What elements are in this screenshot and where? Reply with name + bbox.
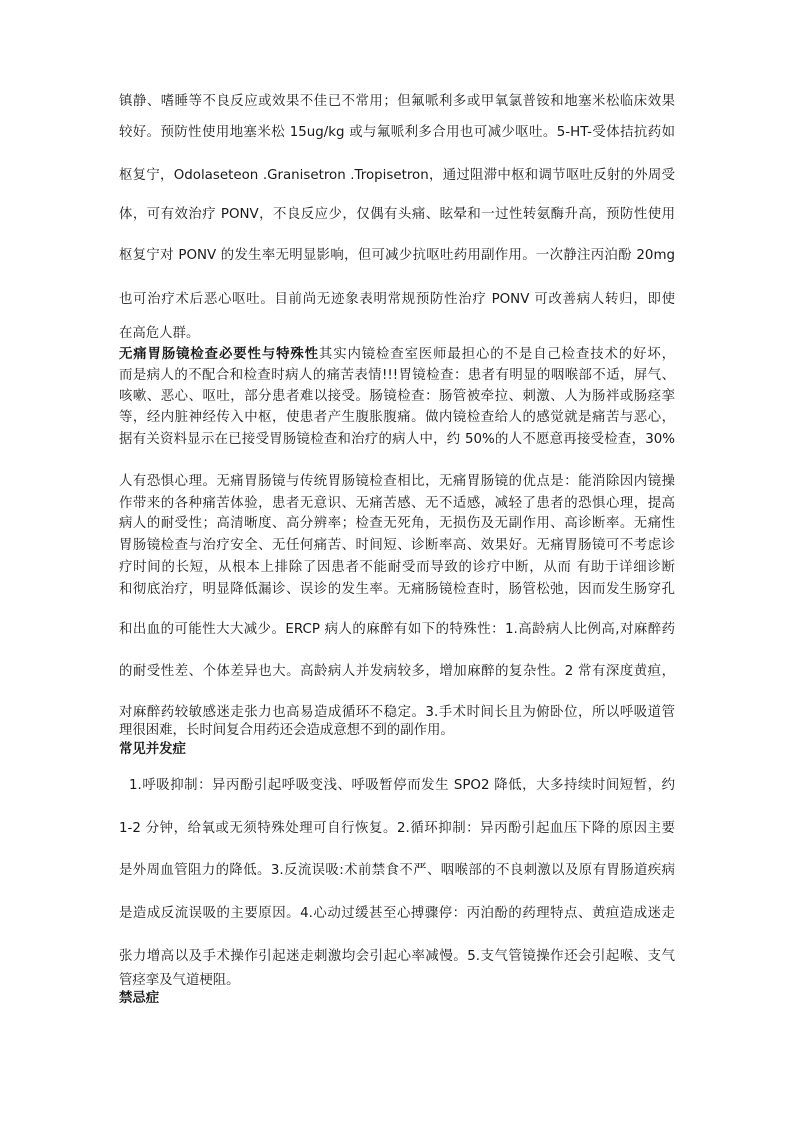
- paragraph-line: 病人的耐受性；高清晰度、高分辨率；检查无死角，无损伤及无副作用、高诊断率。无痛性: [119, 515, 675, 533]
- paragraph-line: 据有关资料显示在已接受胃肠镜检查和治疗的病人中，约 50%的人不愿意再接受检查，…: [119, 431, 675, 449]
- paragraph-line: 1-2 分钟，给氧或无须特殊处理可自行恢复。2.循环抑制：异丙酚引起血压下降的原…: [119, 820, 675, 838]
- section-first-line: 无痛胃肠镜检查必要性与特殊性其实内镜检查室医师最担心的不是自己检查技术的好坏，: [119, 346, 675, 364]
- document-page: 镇静、嗜睡等不良反应或效果不佳已不常用；但氟哌利多或甲氧氯普铵和地塞米松临床效果…: [0, 0, 793, 1122]
- paragraph-line: 镇静、嗜睡等不良反应或效果不佳已不常用；但氟哌利多或甲氧氯普铵和地塞米松临床效果: [119, 93, 675, 111]
- paragraph-line: 对麻醉药较敏感迷走张力也高易造成循环不稳定。3.手术时间长且为俯卧位，所以呼吸道…: [119, 704, 675, 722]
- paragraph-line: 体，可有效治疗 PONV，不良反应少，仅偶有头痛、眩晕和一过性转氨酶升高，预防性…: [119, 206, 675, 224]
- paragraph-line: 枢复宁，Odolaseteon .Granisetron .Tropisetro…: [119, 167, 675, 185]
- paragraph-line: 和出血的可能性大大减少。ERCP 病人的麻醉有如下的特殊性：1.高龄病人比例高,…: [119, 621, 675, 639]
- paragraph-line: 胃肠镜检查与治疗安全、无任何痛苦、时间短、诊断率高、效果好。无痛胃肠镜可不考虑诊: [119, 537, 675, 555]
- paragraph-line: 也可治疗术后恶心呕吐。目前尚无迹象表明常规预防性治疗 PONV 可改善病人转归，…: [119, 291, 675, 309]
- paragraph-line: 是造成反流误吸的主要原因。4.心动过缓甚至心搏骤停：丙泊酚的药理特点、黄疸造成迷…: [119, 905, 675, 923]
- paragraph-line: 人有恐惧心理。无痛胃肠镜与传统胃肠镜检查相比，无痛胃肠镜的优点是：能消除因内镜操: [119, 473, 675, 491]
- paragraph-line: 张力增高以及手术操作引起迷走刺激均会引起心率减慢。5.支气管镜操作还会引起喉、支…: [119, 948, 675, 966]
- paragraph-line: 在高危人群。: [119, 325, 675, 343]
- paragraph-line: 理很困难，长时间复合用药还会造成意想不到的副作用。: [119, 722, 675, 740]
- section-text: 其实内镜检查室医师最担心的不是自己检查技术的好坏，: [319, 347, 675, 362]
- section-title-complications: 常见并发症: [119, 741, 675, 759]
- paragraph-line: 作带来的各种痛苦体验，患者无意识、无痛苦感、无不适感，减轻了患者的恐惧心理，提高: [119, 495, 675, 513]
- paragraph-line: 管痉挛及气道梗阻。: [119, 972, 675, 990]
- section-title-contraindications: 禁忌症: [119, 990, 675, 1008]
- paragraph-line: 疗时间的长短，从根本上排除了因患者不能耐受而导致的诊疗中断，从而 有助于详细诊断: [119, 559, 675, 577]
- paragraph-line: 咳嗽、恶心、呕吐，部分患者难以接受。肠镜检查：肠管被牵拉、刺激、人为肠袢或肠痉挛: [119, 388, 675, 406]
- paragraph-line: 的耐受性差、个体差异也大。高龄病人并发病较多，增加麻醉的复杂性。2 常有深度黄疸…: [119, 663, 675, 681]
- paragraph-line: 等，经内脏神经传入中枢，使患者产生腹胀腹痛。做内镜检查给人的感觉就是痛苦与恶心，: [119, 409, 675, 427]
- paragraph-line: 是外周血管阻力的降低。3.反流误吸:术前禁食不严、咽喉部的不良刺激以及原有胃肠道…: [119, 862, 675, 880]
- paragraph-line: 较好。预防性使用地塞米松 15ug/kg 或与氟哌利多合用也可减少呕吐。5-HT…: [119, 124, 675, 142]
- paragraph-line: 枢复宁对 PONV 的发生率无明显影响，但可减少抗呕吐药用副作用。一次静注丙泊酚…: [119, 247, 675, 265]
- paragraph-line: 和彻底治疗，明显降低漏诊、误诊的发生率。无痛肠镜检查时，肠管松弛，因而发生肠穿孔: [119, 581, 675, 599]
- paragraph-line: 1.呼吸抑制：异丙酚引起呼吸变浅、呼吸暂停而发生 SPO2 降低，大多持续时间短…: [119, 777, 675, 795]
- section-title-necessity: 无痛胃肠镜检查必要性与特殊性: [119, 347, 319, 362]
- paragraph-line: 而是病人的不配合和检查时病人的痛苦表情!!!胃镜检查：患者有明显的咽喉部不适，屏…: [119, 367, 675, 385]
